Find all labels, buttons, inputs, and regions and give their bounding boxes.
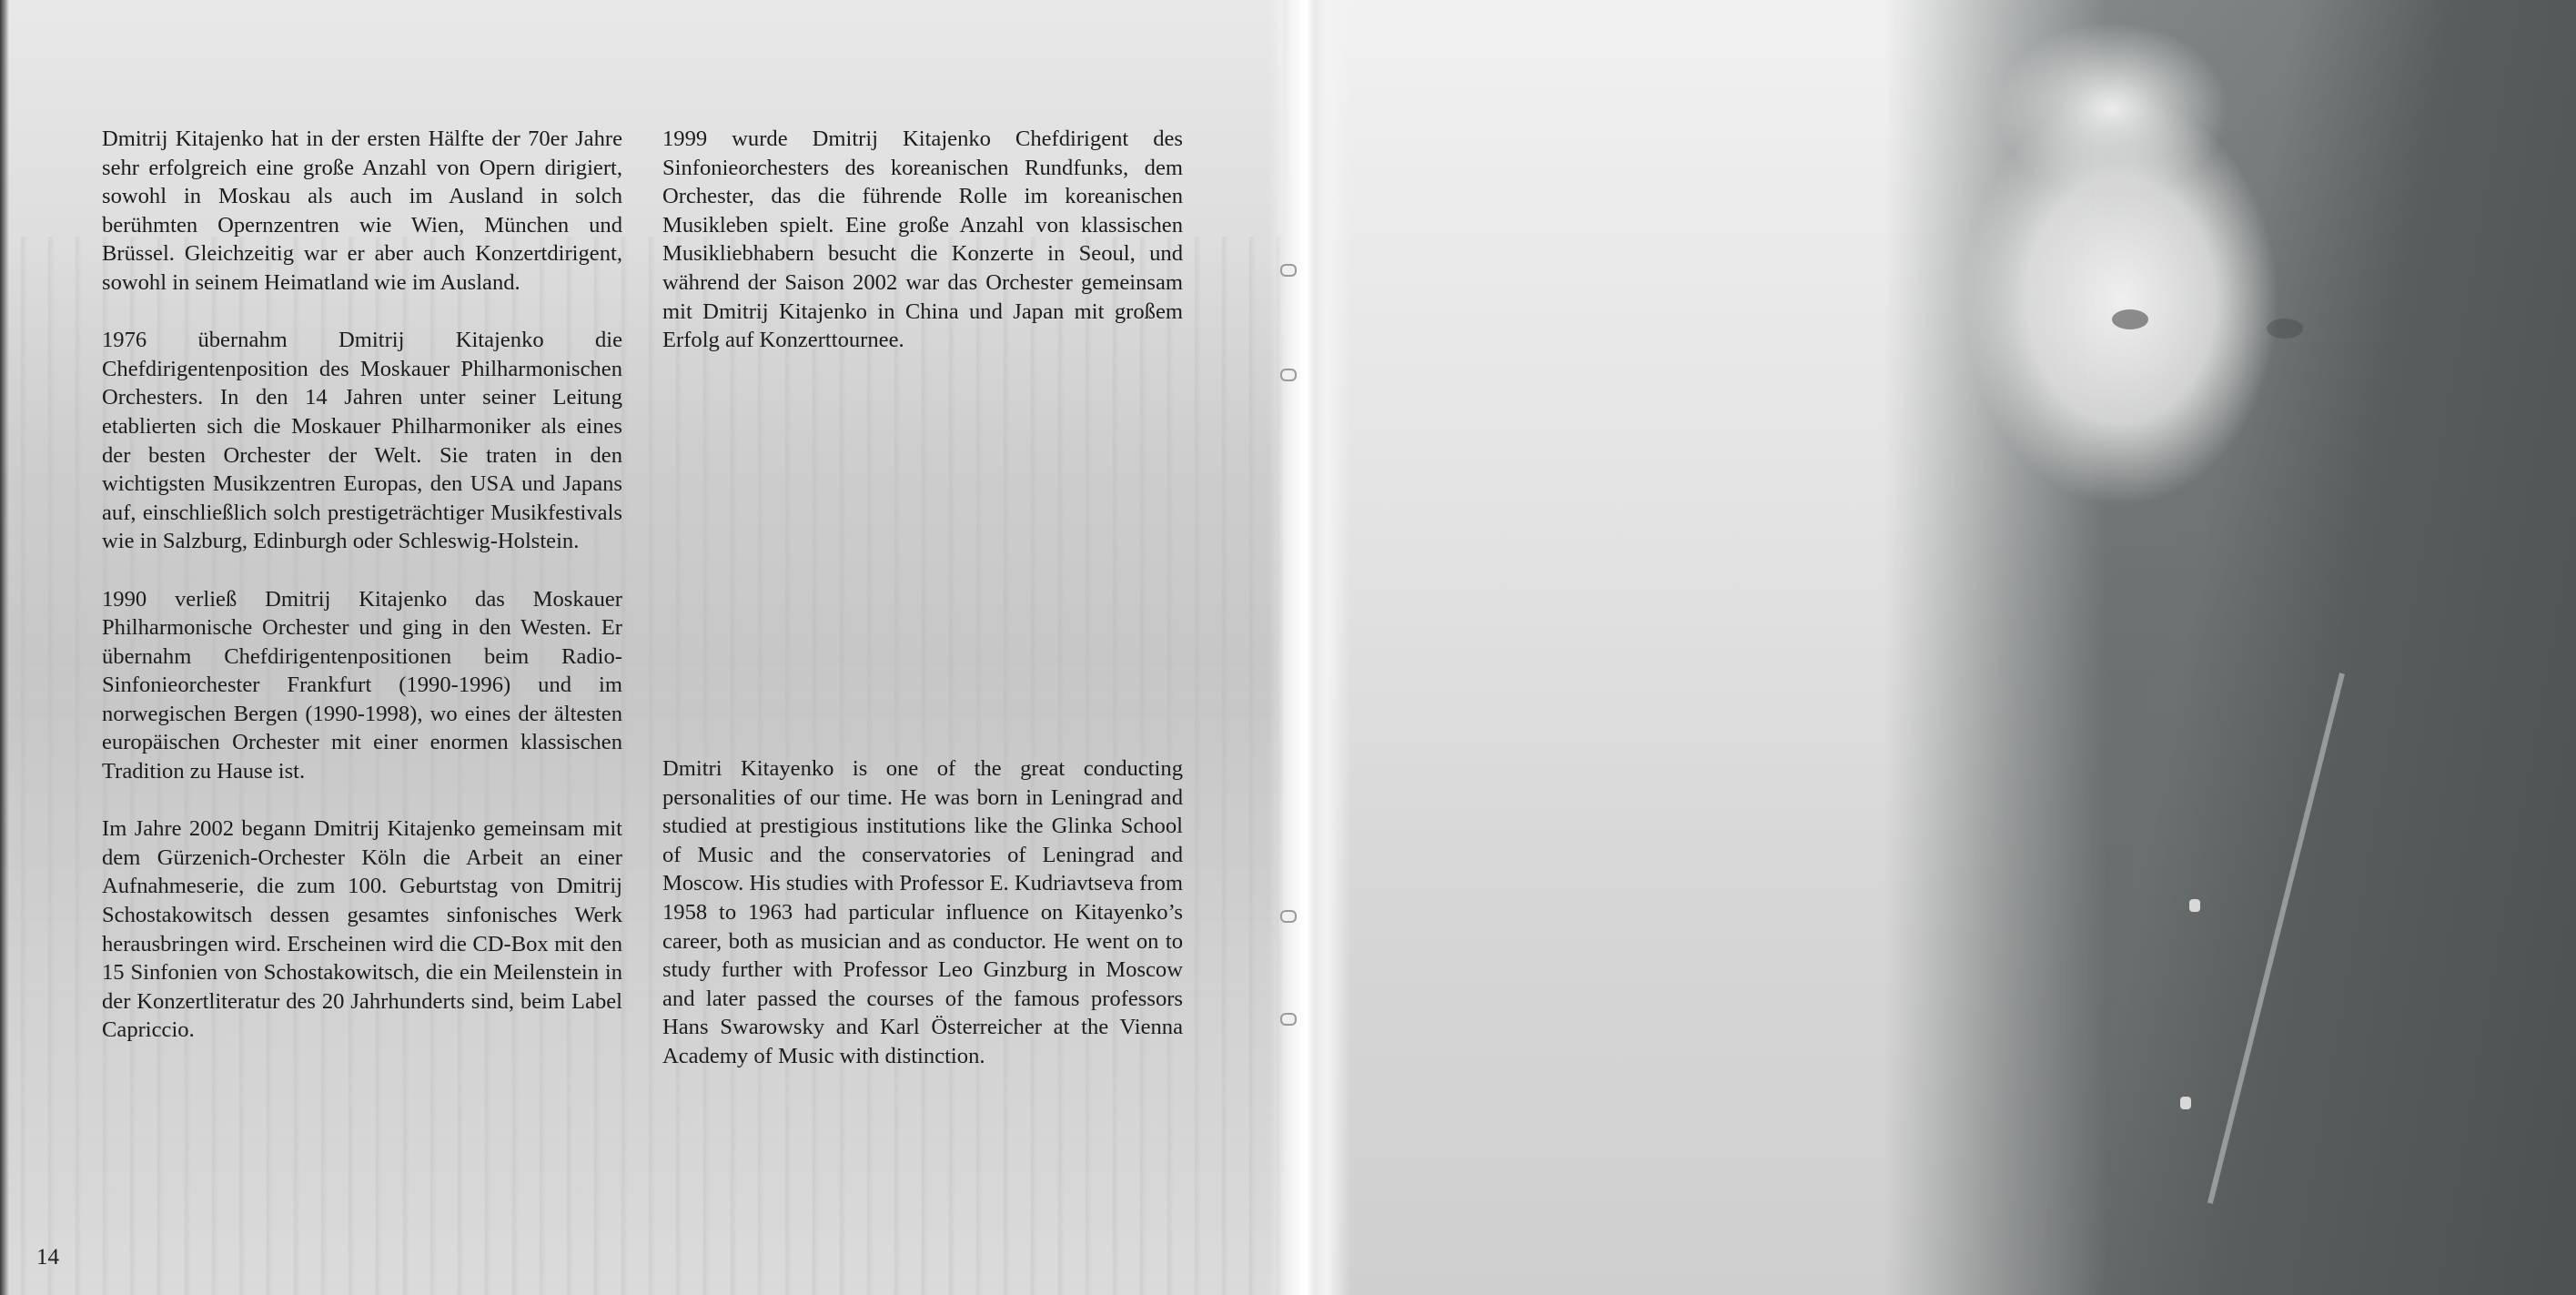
portrait-eye bbox=[2267, 319, 2303, 339]
staple bbox=[1280, 264, 1297, 277]
staple bbox=[1280, 369, 1297, 381]
staple bbox=[1280, 910, 1297, 923]
booklet-spread: Dmitrij Kitajenko hat in der ersten Hälf… bbox=[0, 0, 2576, 1295]
paragraph: Dmitrij Kitajenko hat in der ersten Hälf… bbox=[102, 125, 622, 298]
right-page: Dmitri Kitayenko won the first internati… bbox=[1292, 0, 2576, 1295]
booklet-spine bbox=[1269, 0, 1351, 1295]
left-page: Dmitrij Kitajenko hat in der ersten Hälf… bbox=[0, 0, 1283, 1295]
coat-button bbox=[2180, 1097, 2191, 1109]
paragraph: 1999 wurde Dmitrij Kitajenko Chefdirigen… bbox=[662, 125, 1183, 355]
coat-button bbox=[2189, 899, 2200, 912]
page-edge bbox=[0, 0, 9, 1295]
german-column-1: Dmitrij Kitajenko hat in der ersten Hälf… bbox=[102, 125, 622, 1045]
portrait-lapel bbox=[2207, 673, 2345, 1204]
paragraph: 1976 übernahm Dmitrij Kitajenko die Chef… bbox=[102, 326, 622, 556]
page-number-left: 14 bbox=[36, 1245, 59, 1270]
paragraph: Im Jahre 2002 begann Dmitrij Kitajenko g… bbox=[102, 814, 622, 1045]
paragraph: Dmitri Kitayenko is one of the great con… bbox=[662, 754, 1183, 1071]
english-intro-column: Dmitri Kitayenko is one of the great con… bbox=[662, 754, 1183, 1071]
staple bbox=[1280, 1013, 1297, 1026]
portrait-eye bbox=[2112, 309, 2148, 329]
conductor-portrait-photo bbox=[1884, 0, 2576, 1295]
paragraph: 1990 verließ Dmitrij Kitajenko das Moska… bbox=[102, 585, 622, 786]
german-column-2: 1999 wurde Dmitrij Kitajenko Chefdirigen… bbox=[662, 125, 1183, 355]
